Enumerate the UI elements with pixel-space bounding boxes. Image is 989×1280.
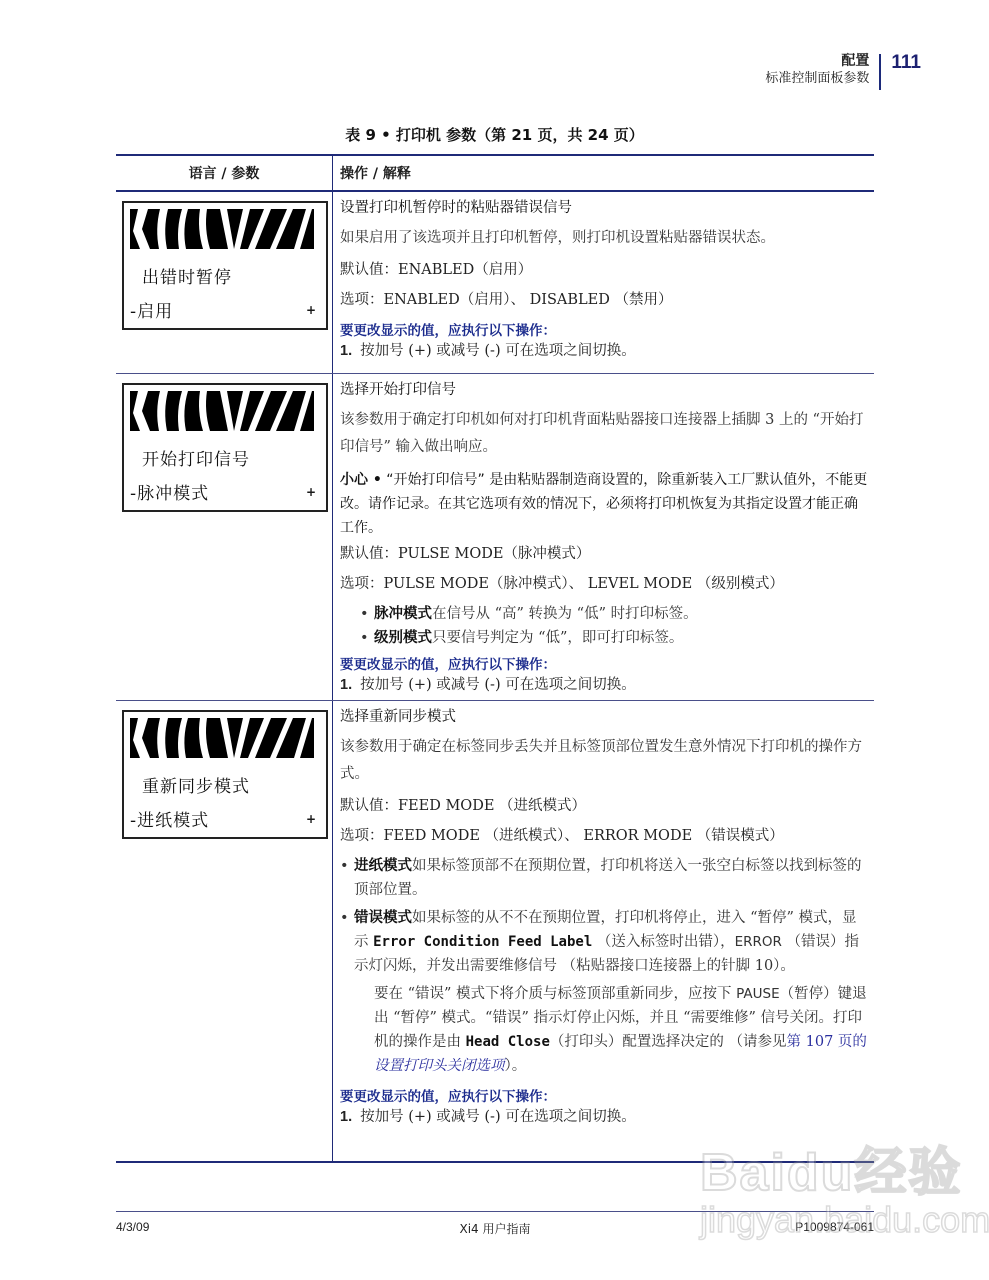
parameter-title: 选择重新同步模式 xyxy=(340,705,868,729)
lcd-display: 开始打印信号 -脉冲模式 + xyxy=(122,383,328,512)
zebra-stripes-icon xyxy=(130,718,320,758)
lcd-display: 出错时暂停 -启用 + xyxy=(122,201,328,330)
plus-icon: + xyxy=(306,812,316,826)
options: 选项：FEED MODE （进纸模式）、 ERROR MODE （错误模式） xyxy=(340,824,868,848)
lcd-parameter-name: 出错时暂停 xyxy=(142,263,320,288)
zebra-stripes-icon xyxy=(130,391,320,431)
footer-part-number: P1009874-061 xyxy=(795,1220,874,1234)
lcd-parameter-value: -脉冲模式 xyxy=(130,479,209,504)
resync-note: 要在 “错误” 模式下将介质与标签顶部重新同步，应按下 PAUSE（暂停）键退出… xyxy=(340,982,868,1078)
header-section: 配置 xyxy=(765,52,869,70)
table-row: 开始打印信号 -脉冲模式 + 选择开始打印信号 该参数用于确定打印机如何对打印机… xyxy=(116,374,874,700)
default-value: 默认值：FEED MODE （进纸模式） xyxy=(340,794,868,818)
lcd-display: 重新同步模式 -进纸模式 + xyxy=(122,710,328,839)
options: 选项：ENABLED（启用）、 DISABLED （禁用） xyxy=(340,288,868,312)
header-divider xyxy=(879,54,881,90)
howto-title: 要更改显示的值，应执行以下操作： xyxy=(340,322,868,340)
table-header-row: 语言 / 参数 操作 / 解释 xyxy=(116,156,874,190)
option-bullets: •进纸模式如果标签顶部不在预期位置，打印机将送入一张空白标签以找到标签的顶部位置… xyxy=(340,854,868,978)
zebra-stripes-icon xyxy=(130,209,320,249)
plus-icon: + xyxy=(306,485,316,499)
howto-step: 1.按加号 (+) 或减号 (-) 可在选项之间切换。 xyxy=(340,674,868,696)
howto-step: 1.按加号 (+) 或减号 (-) 可在选项之间切换。 xyxy=(340,1106,868,1128)
column-header-parameter: 语言 / 参数 xyxy=(116,156,333,190)
list-item: •脉冲模式在信号从 “高” 转换为 “低” 时打印标签。 xyxy=(360,602,868,626)
list-item: •级别模式只要信号判定为 “低”，即可打印标签。 xyxy=(360,626,868,650)
caution-note: 小心 • “开始打印信号” 是由粘贴器制造商设置的，除重新装入工厂默认值外，不能… xyxy=(340,468,868,540)
parameter-description: 该参数用于确定打印机如何对打印机背面粘贴器接口连接器上插脚 3 上的 “开始打印… xyxy=(340,407,868,461)
parameter-title: 选择开始打印信号 xyxy=(340,378,868,402)
lcd-parameter-name: 开始打印信号 xyxy=(142,445,320,470)
default-value: 默认值：PULSE MODE（脉冲模式） xyxy=(340,542,868,566)
table-bottom-rule xyxy=(116,1161,874,1163)
footer-title: Xi4 用户指南 xyxy=(116,1220,874,1237)
table-caption: 表 9 • 打印机 参数（第 21 页，共 24 页） xyxy=(0,124,989,145)
lcd-parameter-value: -进纸模式 xyxy=(130,806,209,831)
list-item: •错误模式如果标签的从不不在预期位置，打印机将停止，进入 “暂停” 模式，显示 … xyxy=(340,906,868,978)
parameter-description: 如果启用了该选项并且打印机暂停，则打印机设置粘贴器错误状态。 xyxy=(340,225,868,252)
list-item: •进纸模式如果标签顶部不在预期位置，打印机将送入一张空白标签以找到标签的顶部位置… xyxy=(340,854,868,902)
howto-step: 1.按加号 (+) 或减号 (-) 可在选项之间切换。 xyxy=(340,340,868,362)
footer-rule xyxy=(116,1211,874,1212)
lcd-parameter-value: -启用 xyxy=(130,297,173,322)
page-header: 配置 标准控制面板参数 111 xyxy=(765,52,921,90)
default-value: 默认值：ENABLED（启用） xyxy=(340,258,868,282)
option-bullets: •脉冲模式在信号从 “高” 转换为 “低” 时打印标签。 •级别模式只要信号判定… xyxy=(340,602,868,650)
options: 选项：PULSE MODE（脉冲模式）、 LEVEL MODE （级别模式） xyxy=(340,572,868,596)
table-row: 重新同步模式 -进纸模式 + 选择重新同步模式 该参数用于确定在标签同步丢失并且… xyxy=(116,701,874,1161)
parameter-description: 该参数用于确定在标签同步丢失并且标签顶部位置发生意外情况下打印机的操作方式。 xyxy=(340,734,868,788)
parameter-title: 设置打印机暂停时的粘贴器错误信号 xyxy=(340,196,868,220)
howto-title: 要更改显示的值，应执行以下操作： xyxy=(340,1088,868,1106)
table-row: 出错时暂停 -启用 + 设置打印机暂停时的粘贴器错误信号 如果启用了该选项并且打… xyxy=(116,192,874,373)
column-header-action: 操作 / 解释 xyxy=(333,163,411,183)
plus-icon: + xyxy=(306,303,316,317)
parameter-table: 语言 / 参数 操作 / 解释 出错时暂停 -启用 + 设置打印机暂停时的粘贴器… xyxy=(116,154,874,1163)
lcd-message: Error Condition Feed Label xyxy=(373,934,592,950)
header-subsection: 标准控制面板参数 xyxy=(765,70,869,88)
lcd-parameter-name: 重新同步模式 xyxy=(142,772,320,797)
page-number: 111 xyxy=(891,52,921,74)
howto-title: 要更改显示的值，应执行以下操作： xyxy=(340,656,868,674)
